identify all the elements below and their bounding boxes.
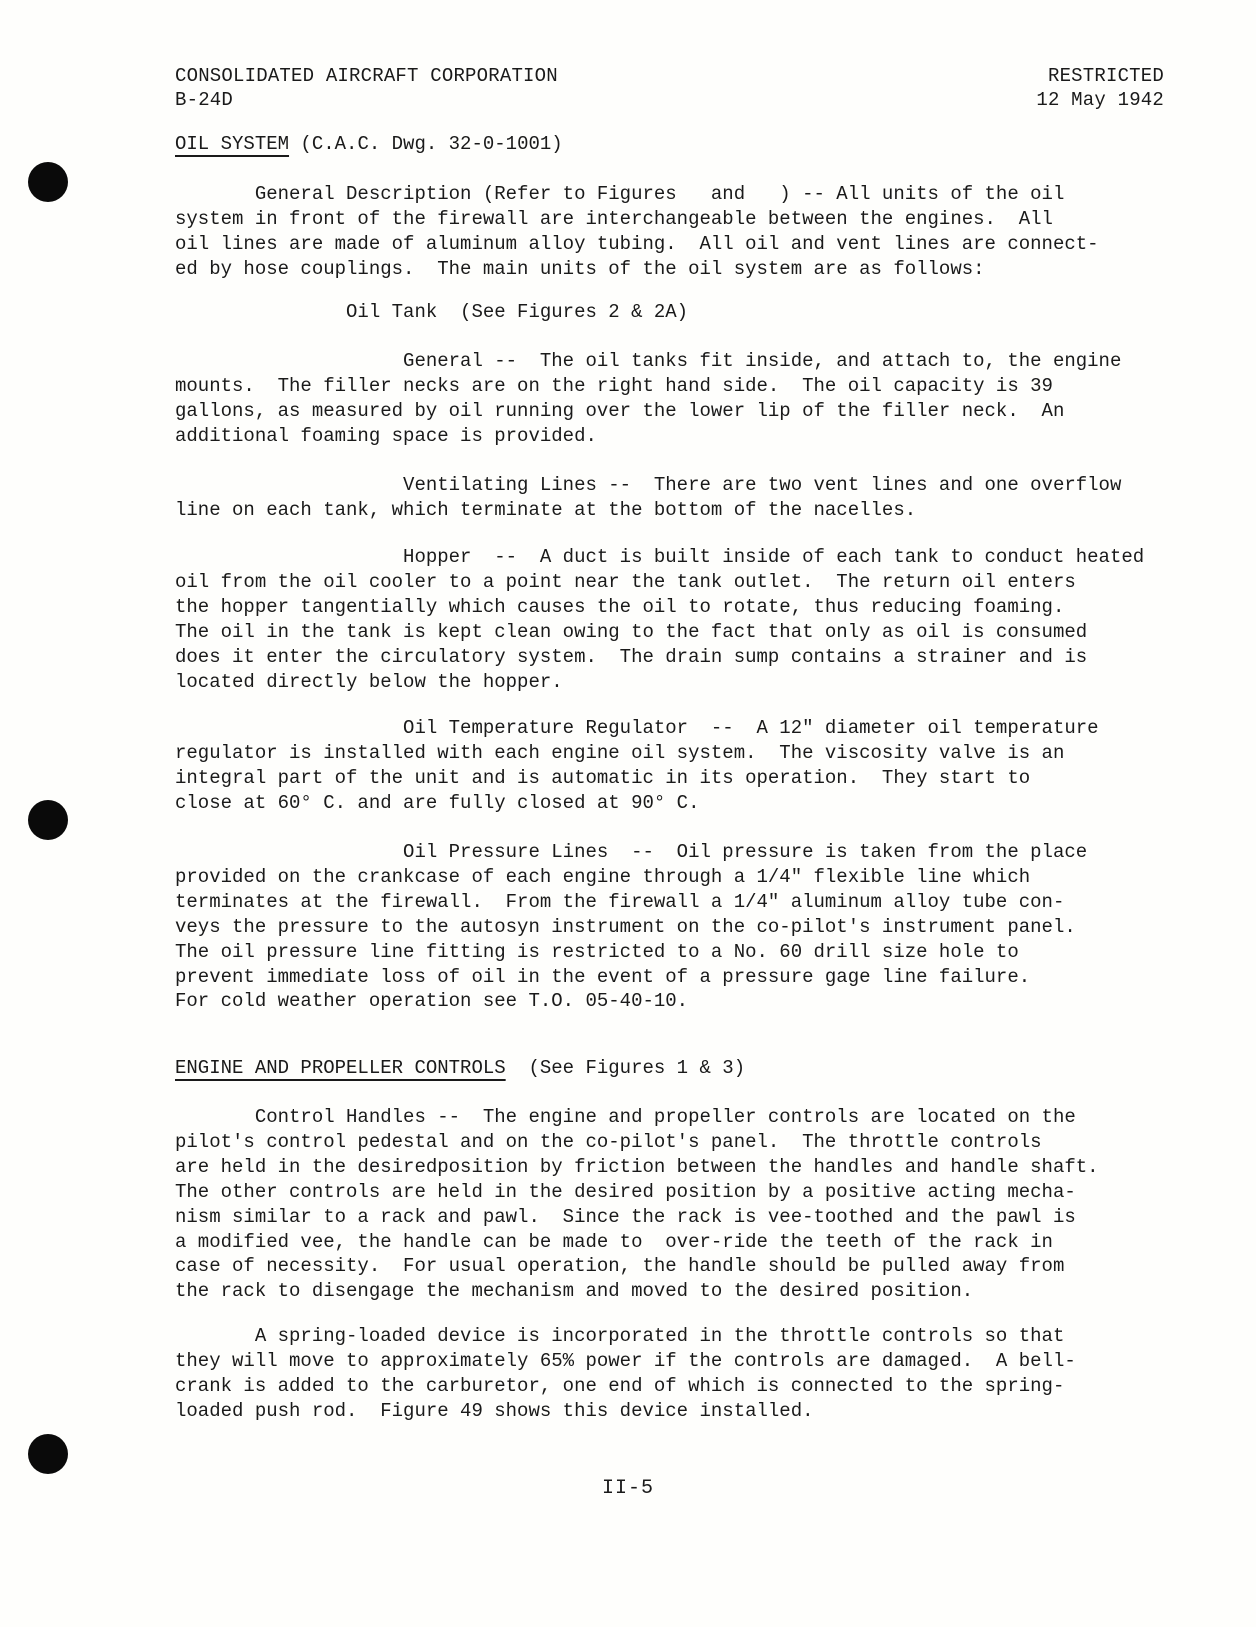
text-line: pilot's control pedestal and on the co-p… <box>175 1130 1185 1155</box>
paragraph-general-description: General Description (Refer to Figures an… <box>175 182 1185 282</box>
paragraph-oil-temperature-regulator: Oil Temperature Regulator -- A 12" diame… <box>175 716 1185 816</box>
text-line: Hopper -- A duct is built inside of each… <box>175 545 1185 570</box>
paragraph-hopper: Hopper -- A duct is built inside of each… <box>175 545 1185 694</box>
text-line: close at 60° C. and are fully closed at … <box>175 791 1185 816</box>
classification: RESTRICTED <box>1036 64 1164 88</box>
section-heading-engine-controls: ENGINE AND PROPELLER CONTROLS (See Figur… <box>175 1056 1185 1081</box>
text-line: Ventilating Lines -- There are two vent … <box>175 473 1185 498</box>
aircraft-model: B-24D <box>175 88 558 112</box>
section-title: ENGINE AND PROPELLER CONTROLS <box>175 1057 506 1079</box>
text-line: crank is added to the carburetor, one en… <box>175 1374 1185 1399</box>
text-line: The oil pressure line fitting is restric… <box>175 940 1185 965</box>
text-line: veys the pressure to the autosyn instrum… <box>175 915 1185 940</box>
text-line: line on each tank, which terminate at th… <box>175 498 1185 523</box>
text-line: integral part of the unit and is automat… <box>175 766 1185 791</box>
text-line: the rack to disengage the mechanism and … <box>175 1279 1185 1304</box>
punch-hole-middle <box>28 800 68 840</box>
company-name: CONSOLIDATED AIRCRAFT CORPORATION <box>175 64 558 88</box>
text-line: a modified vee, the handle can be made t… <box>175 1230 1185 1255</box>
text-line: oil from the oil cooler to a point near … <box>175 570 1185 595</box>
document-page: CONSOLIDATED AIRCRAFT CORPORATION B-24D … <box>0 0 1256 1627</box>
text-line: regulator is installed with each engine … <box>175 741 1185 766</box>
text-line: mounts. The filler necks are on the righ… <box>175 374 1185 399</box>
text-line: provided on the crankcase of each engine… <box>175 865 1185 890</box>
paragraph-control-handles: Control Handles -- The engine and propel… <box>175 1105 1185 1304</box>
text-line: The oil in the tank is kept clean owing … <box>175 620 1185 645</box>
text-line: Oil Pressure Lines -- Oil pressure is ta… <box>175 840 1185 865</box>
text-line: the hopper tangentially which causes the… <box>175 595 1185 620</box>
paragraph-oil-pressure-lines: Oil Pressure Lines -- Oil pressure is ta… <box>175 840 1185 1014</box>
paragraph-spring-loaded-device: A spring-loaded device is incorporated i… <box>175 1324 1185 1424</box>
text-line: they will move to approximately 65% powe… <box>175 1349 1185 1374</box>
text-line: prevent immediate loss of oil in the eve… <box>175 965 1185 990</box>
text-line: terminates at the firewall. From the fir… <box>175 890 1185 915</box>
text-line: General Description (Refer to Figures an… <box>175 182 1185 207</box>
text-line: gallons, as measured by oil running over… <box>175 399 1185 424</box>
subheading-oil-tank: Oil Tank (See Figures 2 & 2A) <box>175 300 1185 325</box>
text-line: General -- The oil tanks fit inside, and… <box>175 349 1185 374</box>
punch-hole-bottom <box>28 1434 68 1474</box>
paragraph-general: General -- The oil tanks fit inside, and… <box>175 349 1185 449</box>
punch-hole-top <box>28 162 68 202</box>
page-number: II-5 <box>0 1477 1256 1500</box>
text-line: located directly below the hopper. <box>175 670 1185 695</box>
text-line: nism similar to a rack and pawl. Since t… <box>175 1205 1185 1230</box>
text-line: does it enter the circulatory system. Th… <box>175 645 1185 670</box>
section-title-suffix: (C.A.C. Dwg. 32-0-1001) <box>289 133 563 155</box>
text-line: Oil Temperature Regulator -- A 12" diame… <box>175 716 1185 741</box>
text-line: For cold weather operation see T.O. 05-4… <box>175 989 1185 1014</box>
header-left: CONSOLIDATED AIRCRAFT CORPORATION B-24D <box>175 64 558 112</box>
text-line: loaded push rod. Figure 49 shows this de… <box>175 1399 1185 1424</box>
document-date: 12 May 1942 <box>1036 88 1164 112</box>
text-line: additional foaming space is provided. <box>175 424 1185 449</box>
text-line: case of necessity. For usual operation, … <box>175 1254 1185 1279</box>
text-line: The other controls are held in the desir… <box>175 1180 1185 1205</box>
text-line: Control Handles -- The engine and propel… <box>175 1105 1185 1130</box>
text-line: A spring-loaded device is incorporated i… <box>175 1324 1185 1349</box>
text-line: are held in the desiredposition by frict… <box>175 1155 1185 1180</box>
text-line: oil lines are made of aluminum alloy tub… <box>175 232 1185 257</box>
paragraph-ventilating-lines: Ventilating Lines -- There are two vent … <box>175 473 1185 523</box>
text-line: system in front of the firewall are inte… <box>175 207 1185 232</box>
section-title-suffix: (See Figures 1 & 3) <box>506 1057 745 1079</box>
section-title: OIL SYSTEM <box>175 133 289 155</box>
header-right: RESTRICTED 12 May 1942 <box>1036 64 1164 112</box>
text-line: ed by hose couplings. The main units of … <box>175 257 1185 282</box>
section-heading-oil-system: OIL SYSTEM (C.A.C. Dwg. 32-0-1001) <box>175 132 1185 157</box>
